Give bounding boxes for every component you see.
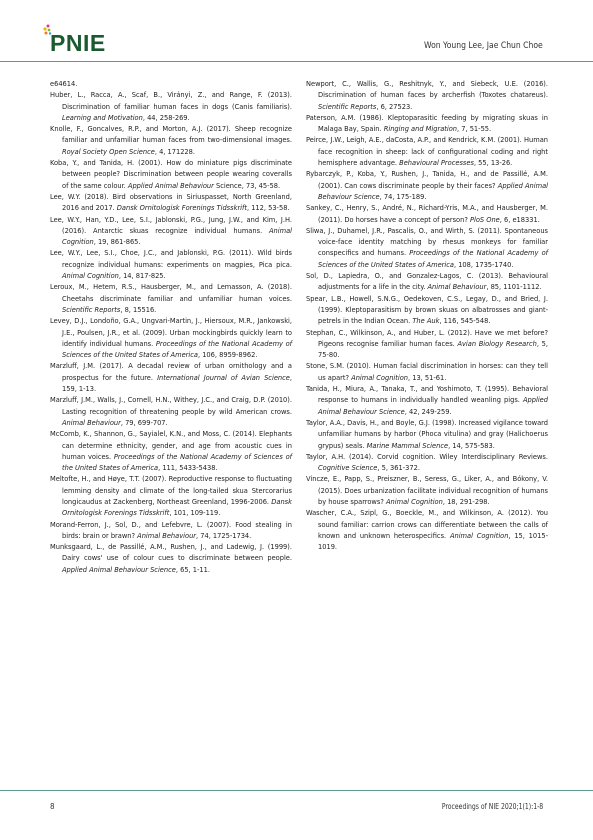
- reference-text: Leroux, M., Hetem, R.S., Hausberger, M.,…: [50, 282, 292, 302]
- reference-journal: Behavioural Processes: [399, 158, 474, 167]
- reference-entry: Wascher, C.A., Szipl, G., Boeckle, M., a…: [306, 507, 548, 552]
- reference-volume-pages: , 116, 545-548.: [439, 316, 490, 325]
- reference-volume-pages: , 106, 8959-8962.: [198, 350, 257, 359]
- reference-text: Taylor, A.H. (2014). Corvid cognition. W…: [306, 452, 548, 461]
- reference-journal: Scientific Reports: [318, 102, 376, 111]
- reference-journal: Animal Behaviour: [137, 531, 196, 540]
- reference-journal: Animal Behaviour: [427, 282, 486, 291]
- reference-journal: Animal Cognition: [351, 373, 408, 382]
- reference-volume-pages: , 79, 699-707.: [121, 418, 168, 427]
- reference-journal: Animal Cognition: [62, 271, 119, 280]
- reference-entry: Spear, L.B., Howell, S.N.G., Oedekoven, …: [306, 293, 548, 327]
- reference-entry: Leroux, M., Hetem, R.S., Hausberger, M.,…: [50, 281, 292, 315]
- reference-journal: Royal Society Open Science: [62, 147, 155, 156]
- reference-volume-pages: , 4, 171228.: [155, 147, 195, 156]
- reference-volume-pages: Science, 73, 45-58.: [214, 181, 280, 190]
- reference-entry: Lee, W.Y. (2018). Bird observations in S…: [50, 191, 292, 214]
- reference-volume-pages: , 55, 13-26.: [474, 158, 512, 167]
- reference-entry: Munksgaard, L., de Passillé, A.M., Rushe…: [50, 541, 292, 575]
- reference-volume-pages: , 101, 109-119.: [169, 508, 220, 517]
- reference-entry: Stephan, C., Wilkinson, A., and Huber, L…: [306, 327, 548, 361]
- reference-volume-pages: , 7, 51-55.: [457, 124, 491, 133]
- journal-citation: Proceedings of NIE 2020;1(1):1-8: [442, 802, 543, 811]
- reference-volume-pages: , 5, 361-372.: [377, 463, 420, 472]
- reference-entry: Taylor, A.A., Davis, H., and Boyle, G.J.…: [306, 417, 548, 451]
- reference-journal: PloS One: [470, 215, 500, 224]
- running-header-authors: Won Young Lee, Jae Chun Choe: [424, 41, 543, 51]
- reference-entry: Marzluff, J.M., Walls, J., Cornell, H.N.…: [50, 394, 292, 428]
- reference-entry: Meltofte, H., and Høye, T.T. (2007). Rep…: [50, 473, 292, 518]
- reference-journal: Animal Cognition: [450, 531, 509, 540]
- reference-entry: McComb, K., Shannon, G., Sayialel, K.N.,…: [50, 428, 292, 473]
- reference-entry: Lee, W.Y., Lee, S.I., Choe, J.C., and Ja…: [50, 247, 292, 281]
- reference-text: Munksgaard, L., de Passillé, A.M., Rushe…: [50, 542, 292, 562]
- reference-entry: Sol, D., Lapiedra, O., and Gonzalez-Lago…: [306, 270, 548, 293]
- reference-journal: Cognitive Science: [318, 463, 377, 472]
- reference-volume-pages: , 42, 249-259.: [405, 407, 452, 416]
- reference-text: Huber, L., Racca, A., Scaf, B., Virányi,…: [50, 90, 292, 110]
- reference-journal: Dansk Ornitologisk Forenings Tidsskrift: [117, 203, 247, 212]
- reference-volume-pages: , 6, 27523.: [376, 102, 412, 111]
- reference-text: Newport, C., Wallis, G., Reshitnyk, Y., …: [306, 79, 548, 99]
- reference-entry: Knolle, F., Goncalves, R.P., and Morton,…: [50, 123, 292, 157]
- reference-text: Marzluff, J.M., Walls, J., Cornell, H.N.…: [50, 395, 292, 415]
- reference-entry: Tanida, H., Miura, A., Tanaka, T., and Y…: [306, 383, 548, 417]
- reference-entry: Sliwa, J., Duhamel, J.R., Pascalis, O., …: [306, 225, 548, 270]
- references-left-column: e64614.Huber, L., Racca, A., Scaf, B., V…: [50, 78, 292, 575]
- reference-entry: Paterson, A.M. (1986). Kleptoparasitic f…: [306, 112, 548, 135]
- reference-journal: Avian Biology Research: [457, 339, 536, 348]
- reference-volume-pages: , 108, 1735-1740.: [454, 260, 513, 269]
- reference-volume-pages: , 18, 291-298.: [443, 497, 490, 506]
- reference-journal: Animal Cognition: [386, 497, 443, 506]
- reference-entry: Morand-Ferron, J., Sol, D., and Lefebvre…: [50, 519, 292, 542]
- reference-text: Lee, W.Y., Han, Y.D., Lee, S.I., Jablons…: [50, 215, 292, 235]
- reference-entry: Vincze, E., Papp, S., Preiszner, B., Ser…: [306, 473, 548, 507]
- reference-volume-pages: , 19, 861-865.: [94, 237, 141, 246]
- reference-entry: Peirce, J.W., Leigh, A.E., daCosta, A.P.…: [306, 134, 548, 168]
- footer-rule: [0, 790, 593, 791]
- reference-text: e64614.: [50, 79, 77, 88]
- reference-entry: Sankey, C., Henry, S., André, N., Richar…: [306, 202, 548, 225]
- reference-journal: International Journal of Avian Science: [157, 373, 290, 382]
- reference-text: Lee, W.Y., Lee, S.I., Choe, J.C., and Ja…: [50, 248, 292, 268]
- reference-volume-pages: , 14, 575-583.: [448, 441, 495, 450]
- reference-journal: The Auk: [412, 316, 439, 325]
- reference-entry: Stone, S.M. (2010). Human facial discrim…: [306, 360, 548, 383]
- header-rule: [0, 61, 593, 62]
- reference-volume-pages: , 44, 258-269.: [143, 113, 190, 122]
- reference-entry: Newport, C., Wallis, G., Reshitnyk, Y., …: [306, 78, 548, 112]
- reference-text: Tanida, H., Miura, A., Tanaka, T., and Y…: [306, 384, 548, 404]
- page-number: 8: [50, 802, 55, 811]
- reference-volume-pages: , 111, 5433-5438.: [158, 463, 217, 472]
- reference-volume-pages: , 6, e18331.: [500, 215, 540, 224]
- reference-text: Knolle, F., Goncalves, R.P., and Morton,…: [50, 124, 292, 144]
- reference-entry: e64614.: [50, 78, 292, 89]
- reference-volume-pages: , 74, 1725-1734.: [196, 531, 251, 540]
- reference-entry: Rybarczyk, P., Koba, Y., Rushen, J., Tan…: [306, 168, 548, 202]
- reference-volume-pages: , 65, 1-11.: [176, 565, 210, 574]
- reference-journal: Applied Animal Behaviour: [128, 181, 214, 190]
- reference-text: Meltofte, H., and Høye, T.T. (2007). Rep…: [50, 474, 292, 506]
- reference-journal: Applied Animal Behaviour Science: [62, 565, 176, 574]
- references-right-column: Newport, C., Wallis, G., Reshitnyk, Y., …: [306, 78, 548, 552]
- reference-journal: Ringing and Migration: [384, 124, 457, 133]
- reference-volume-pages: , 85, 1101-1112.: [486, 282, 541, 291]
- reference-entry: Taylor, A.H. (2014). Corvid cognition. W…: [306, 451, 548, 474]
- reference-journal: Learning and Motivation: [62, 113, 143, 122]
- reference-volume-pages: , 13, 51-61.: [408, 373, 446, 382]
- reference-journal: Marine Mammal Science: [367, 441, 448, 450]
- reference-entry: Huber, L., Racca, A., Scaf, B., Virányi,…: [50, 89, 292, 123]
- reference-volume-pages: , 14, 817-825.: [119, 271, 166, 280]
- reference-journal: Scientific Reports: [62, 305, 120, 314]
- reference-volume-pages: , 8, 15516.: [120, 305, 156, 314]
- reference-entry: Levey, D.J., Londoño, G.A., Ungvari-Mart…: [50, 315, 292, 360]
- reference-entry: Koba, Y., and Tanida, H. (2001). How do …: [50, 157, 292, 191]
- reference-entry: Marzluff, J.M. (2017). A decadal review …: [50, 360, 292, 394]
- logo-text: PNIE: [50, 30, 106, 57]
- reference-volume-pages: , 112, 53-58.: [247, 203, 290, 212]
- reference-journal: Animal Behaviour: [62, 418, 121, 427]
- reference-entry: Lee, W.Y., Han, Y.D., Lee, S.I., Jablons…: [50, 214, 292, 248]
- reference-volume-pages: , 74, 175-189.: [380, 192, 427, 201]
